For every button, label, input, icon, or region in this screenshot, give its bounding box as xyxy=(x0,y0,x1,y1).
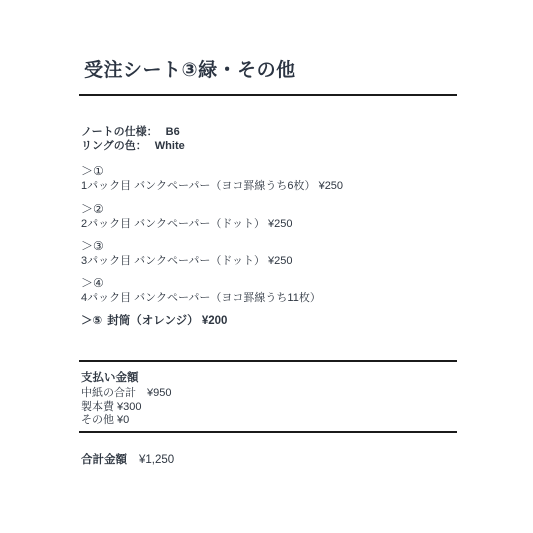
payment-line-other: その他 ¥0 xyxy=(81,411,129,427)
item-3-description: 3パック目 バンクペーパー（ドット） ¥250 xyxy=(81,252,293,268)
total-label: 合計金額 xyxy=(81,454,127,466)
total-line: 合計金額¥1,250 xyxy=(81,451,174,467)
title-divider xyxy=(79,94,457,96)
spec-ring-color: リングの色：White xyxy=(81,137,185,153)
document-viewport: 受注シート③緑・その他 ノートの仕様：B6 リングの色：White ＞① 1パッ… xyxy=(0,0,533,533)
item-4-description: 4パック目 バンクペーパー（ヨコ罫線うち11枚） xyxy=(81,289,321,305)
item-1-description: 1パック目 バンクペーパー（ヨコ罫線うち6枚） ¥250 xyxy=(81,177,343,193)
item-5-line: ＞⑤封筒（オレンジ） ¥200 xyxy=(81,312,227,328)
payment-section-divider-bottom xyxy=(79,431,457,433)
order-sheet-page: 受注シート③緑・その他 ノートの仕様：B6 リングの色：White ＞① 1パッ… xyxy=(79,0,457,533)
payment-heading: 支払い金額 xyxy=(81,369,139,385)
total-value: ¥1,250 xyxy=(139,454,174,466)
item-2-description: 2パック目 バンクペーパー（ドット） ¥250 xyxy=(81,215,293,231)
item-5-marker: ＞⑤ xyxy=(81,315,102,327)
spec-ring-color-value: White xyxy=(155,140,185,152)
item-5-description: 封筒（オレンジ） ¥200 xyxy=(107,315,227,327)
page-title: 受注シート③緑・その他 xyxy=(84,55,296,82)
payment-section-divider-top xyxy=(79,360,457,362)
spec-ring-color-label: リングの色： xyxy=(81,140,147,152)
